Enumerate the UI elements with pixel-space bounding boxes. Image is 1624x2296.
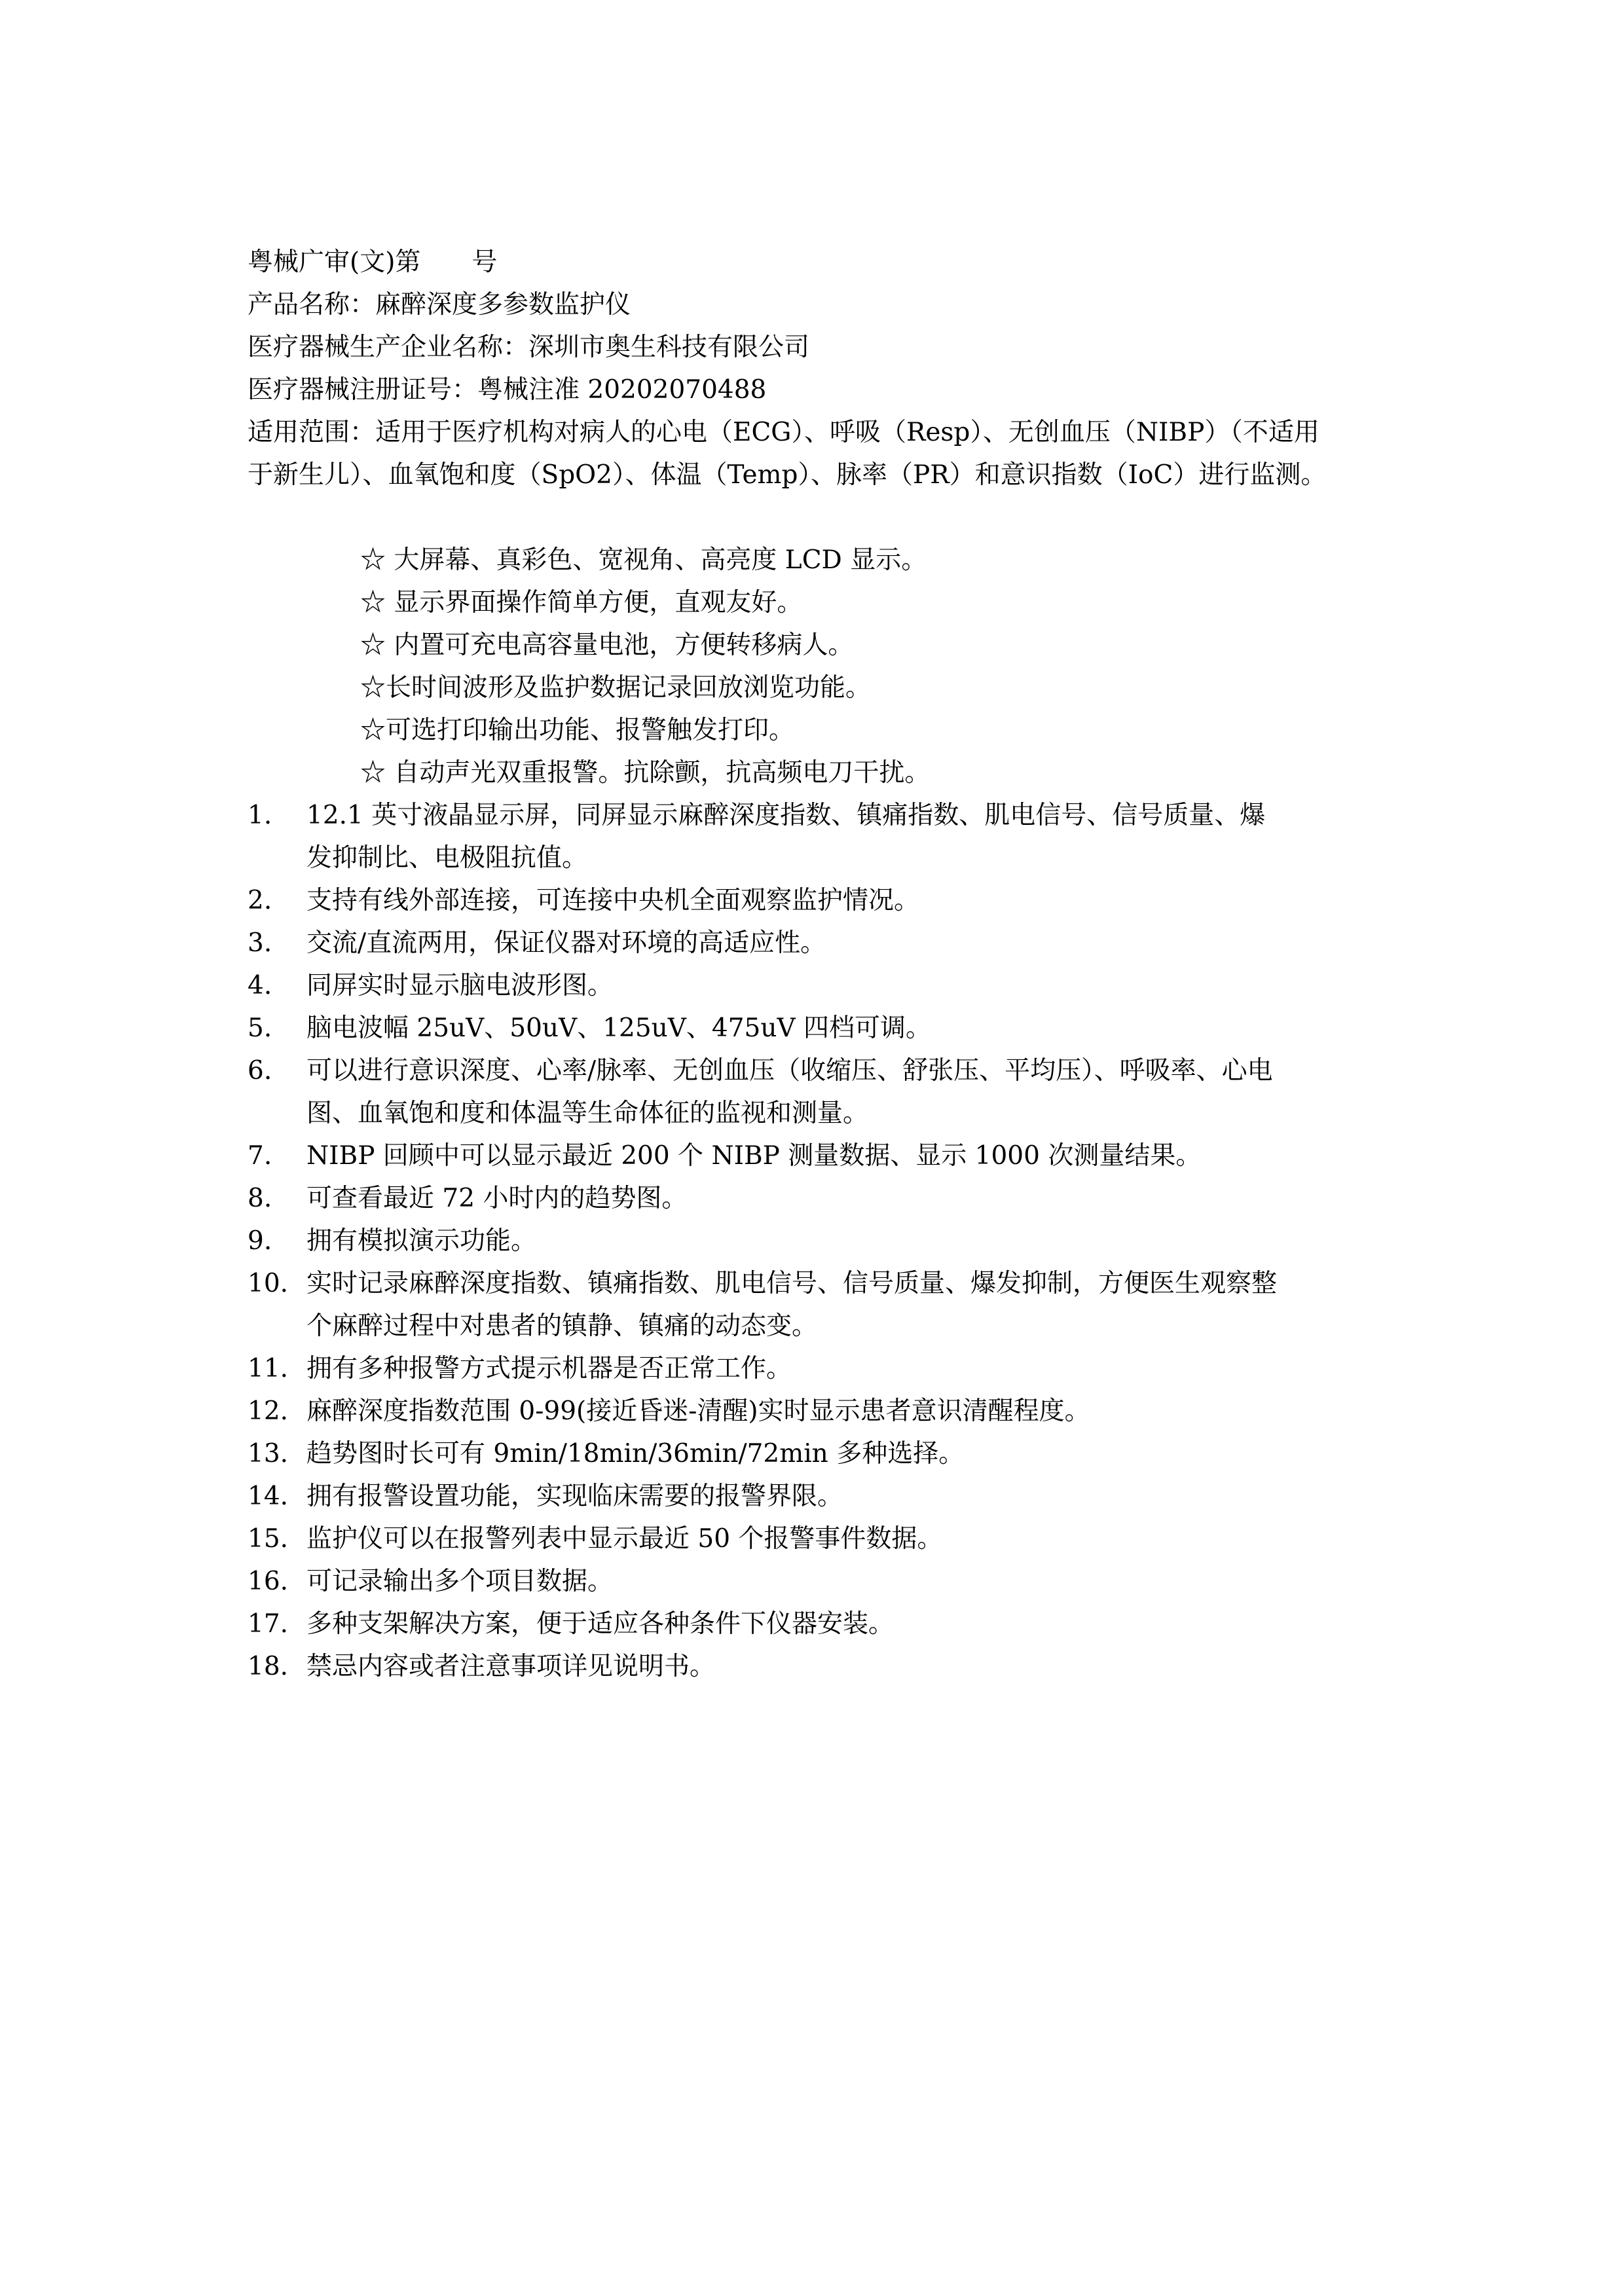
- list-number: 1.: [248, 794, 306, 879]
- list-number: 11.: [248, 1347, 306, 1390]
- list-item: 13. 趋势图时长可有 9min/18min/36min/72min 多种选择。: [248, 1432, 1395, 1475]
- feature-item: ☆ 内置可充电高容量电池，方便转移病人。: [360, 624, 1395, 666]
- list-text: 拥有报警设置功能，实现临床需要的报警界限。: [306, 1475, 1395, 1518]
- list-item: 17. 多种支架解决方案，便于适应各种条件下仪器安装。: [248, 1603, 1395, 1645]
- list-item: 16. 可记录输出多个项目数据。: [248, 1560, 1395, 1603]
- feature-item: ☆ 自动声光双重报警。抗除颤，抗高频电刀干扰。: [360, 752, 1395, 794]
- list-text: 多种支架解决方案，便于适应各种条件下仪器安装。: [306, 1603, 1395, 1645]
- list-text: NIBP 回顾中可以显示最近 200 个 NIBP 测量数据、显示 1000 次…: [306, 1135, 1395, 1177]
- list-number: 13.: [248, 1432, 306, 1475]
- product-name: 产品名称：麻醉深度多参数监护仪: [248, 283, 1395, 326]
- list-number: 15.: [248, 1518, 306, 1560]
- list-text: 趋势图时长可有 9min/18min/36min/72min 多种选择。: [306, 1432, 1395, 1475]
- list-number: 16.: [248, 1560, 306, 1603]
- list-item: 2. 支持有线外部连接，可连接中央机全面观察监护情况。: [248, 879, 1395, 922]
- list-item: 15. 监护仪可以在报警列表中显示最近 50 个报警事件数据。: [248, 1518, 1395, 1560]
- scope-line-2: 于新生儿）、血氧饱和度（SpO2）、体温（Temp）、脉率（PR）和意识指数（I…: [248, 454, 1395, 496]
- list-number: 2.: [248, 879, 306, 922]
- list-item: 8. 可查看最近 72 小时内的趋势图。: [248, 1177, 1395, 1220]
- list-number: 12.: [248, 1390, 306, 1432]
- list-item: 6. 可以进行意识深度、心率/脉率、无创血压（收缩压、舒张压、平均压）、呼吸率、…: [248, 1049, 1395, 1135]
- list-number: 14.: [248, 1475, 306, 1518]
- list-text: 发抑制比、电极阻抗值。: [306, 837, 1395, 879]
- list-text: 拥有多种报警方式提示机器是否正常工作。: [306, 1347, 1395, 1390]
- list-item: 1. 12.1 英寸液晶显示屏，同屏显示麻醉深度指数、镇痛指数、肌电信号、信号质…: [248, 794, 1395, 879]
- list-item: 5. 脑电波幅 25uV、50uV、125uV、475uV 四档可调。: [248, 1007, 1395, 1049]
- feature-item: ☆ 显示界面操作简单方便，直观友好。: [360, 581, 1395, 624]
- list-item: 7. NIBP 回顾中可以显示最近 200 个 NIBP 测量数据、显示 100…: [248, 1135, 1395, 1177]
- list-number: 9.: [248, 1220, 306, 1262]
- list-number: 17.: [248, 1603, 306, 1645]
- list-text: 可以进行意识深度、心率/脉率、无创血压（收缩压、舒张压、平均压）、呼吸率、心电: [306, 1049, 1395, 1092]
- feature-item: ☆长时间波形及监护数据记录回放浏览功能。: [360, 666, 1395, 709]
- list-number: 6.: [248, 1049, 306, 1135]
- list-number: 3.: [248, 922, 306, 964]
- list-item: 11. 拥有多种报警方式提示机器是否正常工作。: [248, 1347, 1395, 1390]
- list-number: 7.: [248, 1135, 306, 1177]
- list-text: 可记录输出多个项目数据。: [306, 1560, 1395, 1603]
- list-item: 3. 交流/直流两用，保证仪器对环境的高适应性。: [248, 922, 1395, 964]
- list-text: 拥有模拟演示功能。: [306, 1220, 1395, 1262]
- list-text: 脑电波幅 25uV、50uV、125uV、475uV 四档可调。: [306, 1007, 1395, 1049]
- spec-list: 1. 12.1 英寸液晶显示屏，同屏显示麻醉深度指数、镇痛指数、肌电信号、信号质…: [248, 794, 1395, 1688]
- list-text: 麻醉深度指数范围 0-99(接近昏迷-清醒)实时显示患者意识清醒程度。: [306, 1390, 1395, 1432]
- list-item: 18. 禁忌内容或者注意事项详见说明书。: [248, 1645, 1395, 1688]
- document-body: 粤械广审(文)第 号 产品名称：麻醉深度多参数监护仪 医疗器械生产企业名称：深圳…: [248, 241, 1395, 1688]
- list-text: 支持有线外部连接，可连接中央机全面观察监护情况。: [306, 879, 1395, 922]
- list-item: 12. 麻醉深度指数范围 0-99(接近昏迷-清醒)实时显示患者意识清醒程度。: [248, 1390, 1395, 1432]
- list-number: 4.: [248, 964, 306, 1007]
- list-text: 图、血氧饱和度和体温等生命体征的监视和测量。: [306, 1092, 1395, 1135]
- list-text: 监护仪可以在报警列表中显示最近 50 个报警事件数据。: [306, 1518, 1395, 1560]
- list-text: 可查看最近 72 小时内的趋势图。: [306, 1177, 1395, 1220]
- document-page: 粤械广审(文)第 号 产品名称：麻醉深度多参数监护仪 医疗器械生产企业名称：深圳…: [0, 0, 1624, 2296]
- registration-number: 医疗器械注册证号：粤械注准 20202070488: [248, 369, 1395, 411]
- list-item: 10. 实时记录麻醉深度指数、镇痛指数、肌电信号、信号质量、爆发抑制，方便医生观…: [248, 1262, 1395, 1347]
- list-text: 个麻醉过程中对患者的镇静、镇痛的动态变。: [306, 1305, 1395, 1347]
- feature-item: ☆ 大屏幕、真彩色、宽视角、高亮度 LCD 显示。: [360, 539, 1395, 581]
- list-number: 5.: [248, 1007, 306, 1049]
- list-text: 12.1 英寸液晶显示屏，同屏显示麻醉深度指数、镇痛指数、肌电信号、信号质量、爆: [306, 794, 1395, 837]
- scope-line-1: 适用范围：适用于医疗机构对病人的心电（ECG）、呼吸（Resp）、无创血压（NI…: [248, 411, 1395, 454]
- list-text: 同屏实时显示脑电波形图。: [306, 964, 1395, 1007]
- list-number: 8.: [248, 1177, 306, 1220]
- feature-item: ☆可选打印输出功能、报警触发打印。: [360, 709, 1395, 752]
- spacer: [248, 496, 1395, 539]
- manufacturer-name: 医疗器械生产企业名称：深圳市奥生科技有限公司: [248, 326, 1395, 369]
- feature-list: ☆ 大屏幕、真彩色、宽视角、高亮度 LCD 显示。 ☆ 显示界面操作简单方便，直…: [360, 539, 1395, 794]
- list-text: 禁忌内容或者注意事项详见说明书。: [306, 1645, 1395, 1688]
- list-number: 18.: [248, 1645, 306, 1688]
- list-number: 10.: [248, 1262, 306, 1347]
- list-text: 交流/直流两用，保证仪器对环境的高适应性。: [306, 922, 1395, 964]
- approval-number: 粤械广审(文)第 号: [248, 241, 1395, 283]
- list-text: 实时记录麻醉深度指数、镇痛指数、肌电信号、信号质量、爆发抑制，方便医生观察整: [306, 1262, 1395, 1305]
- list-item: 9. 拥有模拟演示功能。: [248, 1220, 1395, 1262]
- list-item: 4. 同屏实时显示脑电波形图。: [248, 964, 1395, 1007]
- list-item: 14. 拥有报警设置功能，实现临床需要的报警界限。: [248, 1475, 1395, 1518]
